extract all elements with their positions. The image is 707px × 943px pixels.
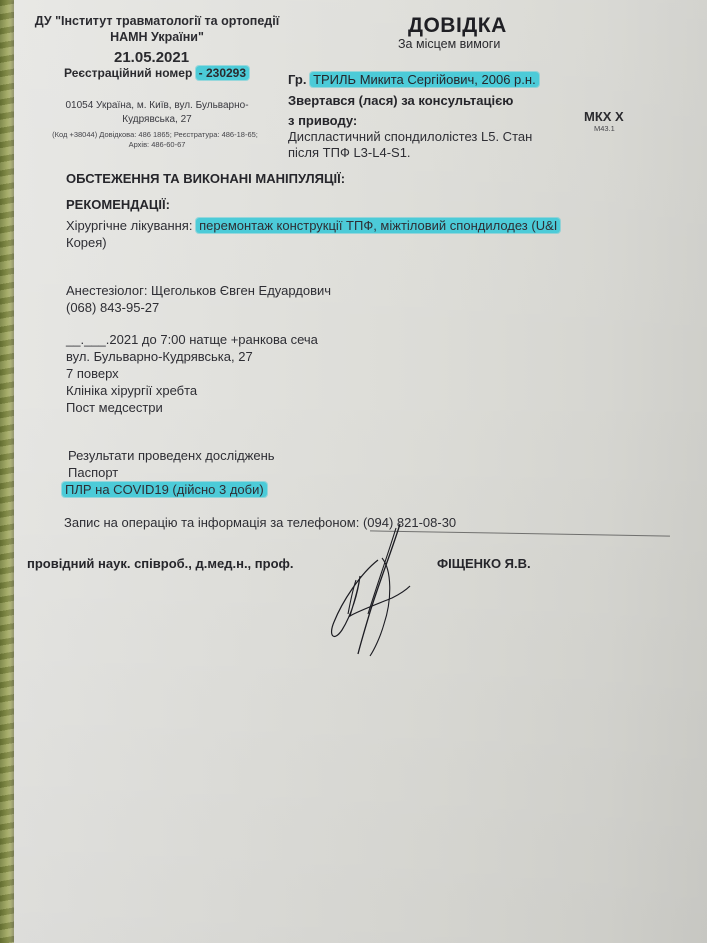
registration-label: Реєстраційний номер	[64, 66, 192, 80]
address-line2: Кудрявська, 27	[32, 114, 282, 125]
document-date: 21.05.2021	[114, 49, 189, 66]
signatory-position: провідний наук. співроб., д.мед.н., проф…	[27, 556, 294, 571]
institution-name-line1: ДУ "Інститут травматології та ортопедії	[22, 14, 292, 28]
address-phones-line1: (Код +38044) Довідкова: 486 1865; Реєстр…	[20, 130, 290, 139]
patient-prefix: Гр.	[288, 72, 306, 87]
admission-line-3: 7 поверх	[66, 366, 119, 381]
consultation-line2: з приводу:	[288, 113, 357, 128]
treatment-value: перемонтаж конструкції ТПФ, міжтіловий с…	[196, 218, 560, 233]
signature-icon	[322, 520, 432, 660]
icd-code: М43.1	[594, 124, 615, 133]
admission-line-2: вул. Бульварно-Кудрявська, 27	[66, 349, 253, 364]
institution-name-line2: НАМН України"	[22, 30, 292, 44]
admission-line-1: __.___.2021 до 7:00 натще +ранкова сеча	[66, 332, 318, 347]
exam-heading: ОБСТЕЖЕННЯ ТА ВИКОНАНІ МАНІПУЛЯЦІЇ:	[66, 171, 345, 186]
treatment-line: Хірургічне лікування: перемонтаж констру…	[66, 218, 560, 233]
icd-label: МКХ Х	[584, 109, 624, 124]
registration-number: Реєстраційний номер - 230293	[64, 66, 249, 80]
recommendations-heading: РЕКОМЕНДАЦІЇ:	[66, 197, 170, 212]
required-doc-highlighted: ПЛР на COVID19 (дійсно 3 доби)	[62, 482, 267, 497]
admission-line-4: Клініка хірургії хребта	[66, 383, 197, 398]
required-doc-1: Результати проведенх досліджень	[68, 448, 275, 463]
admission-line-5: Пост медсестри	[66, 400, 163, 415]
treatment-label: Хірургічне лікування:	[66, 218, 192, 233]
patient-name: ТРИЛЬ Микита Сергійович, 2006 р.н.	[310, 72, 539, 87]
signatory-name: ФІЩЕНКО Я.В.	[437, 556, 531, 571]
anesthesiologist-line: Анестезіолог: Щегольков Євген Едуардович	[66, 283, 331, 298]
registration-value: - 230293	[196, 66, 249, 80]
document-subtitle: За місцем вимоги	[398, 37, 500, 51]
document-title: ДОВІДКА	[408, 14, 507, 38]
consultation-line1: Звертався (лася) за консультацією	[288, 93, 513, 108]
patient-line: Гр. ТРИЛЬ Микита Сергійович, 2006 р.н.	[288, 72, 539, 87]
covid-test-requirement: ПЛР на COVID19 (дійсно 3 доби)	[62, 482, 267, 497]
anesthesiologist-phone: (068) 843-95-27	[66, 300, 159, 315]
treatment-continuation: Корея)	[66, 235, 107, 250]
diagnosis-line1: Диспластичний спондилолістез L5. Стан	[288, 129, 532, 144]
required-doc-2: Паспорт	[68, 465, 118, 480]
address-line1: 01054 Україна, м. Київ, вул. Бульварно-	[32, 100, 282, 111]
address-phones-line2: Архів: 486-60-67	[32, 140, 282, 149]
diagnosis-line2: після ТПФ L3-L4-S1.	[288, 145, 411, 160]
booking-text: Запис на операцію та інформація за телеф…	[64, 515, 359, 530]
